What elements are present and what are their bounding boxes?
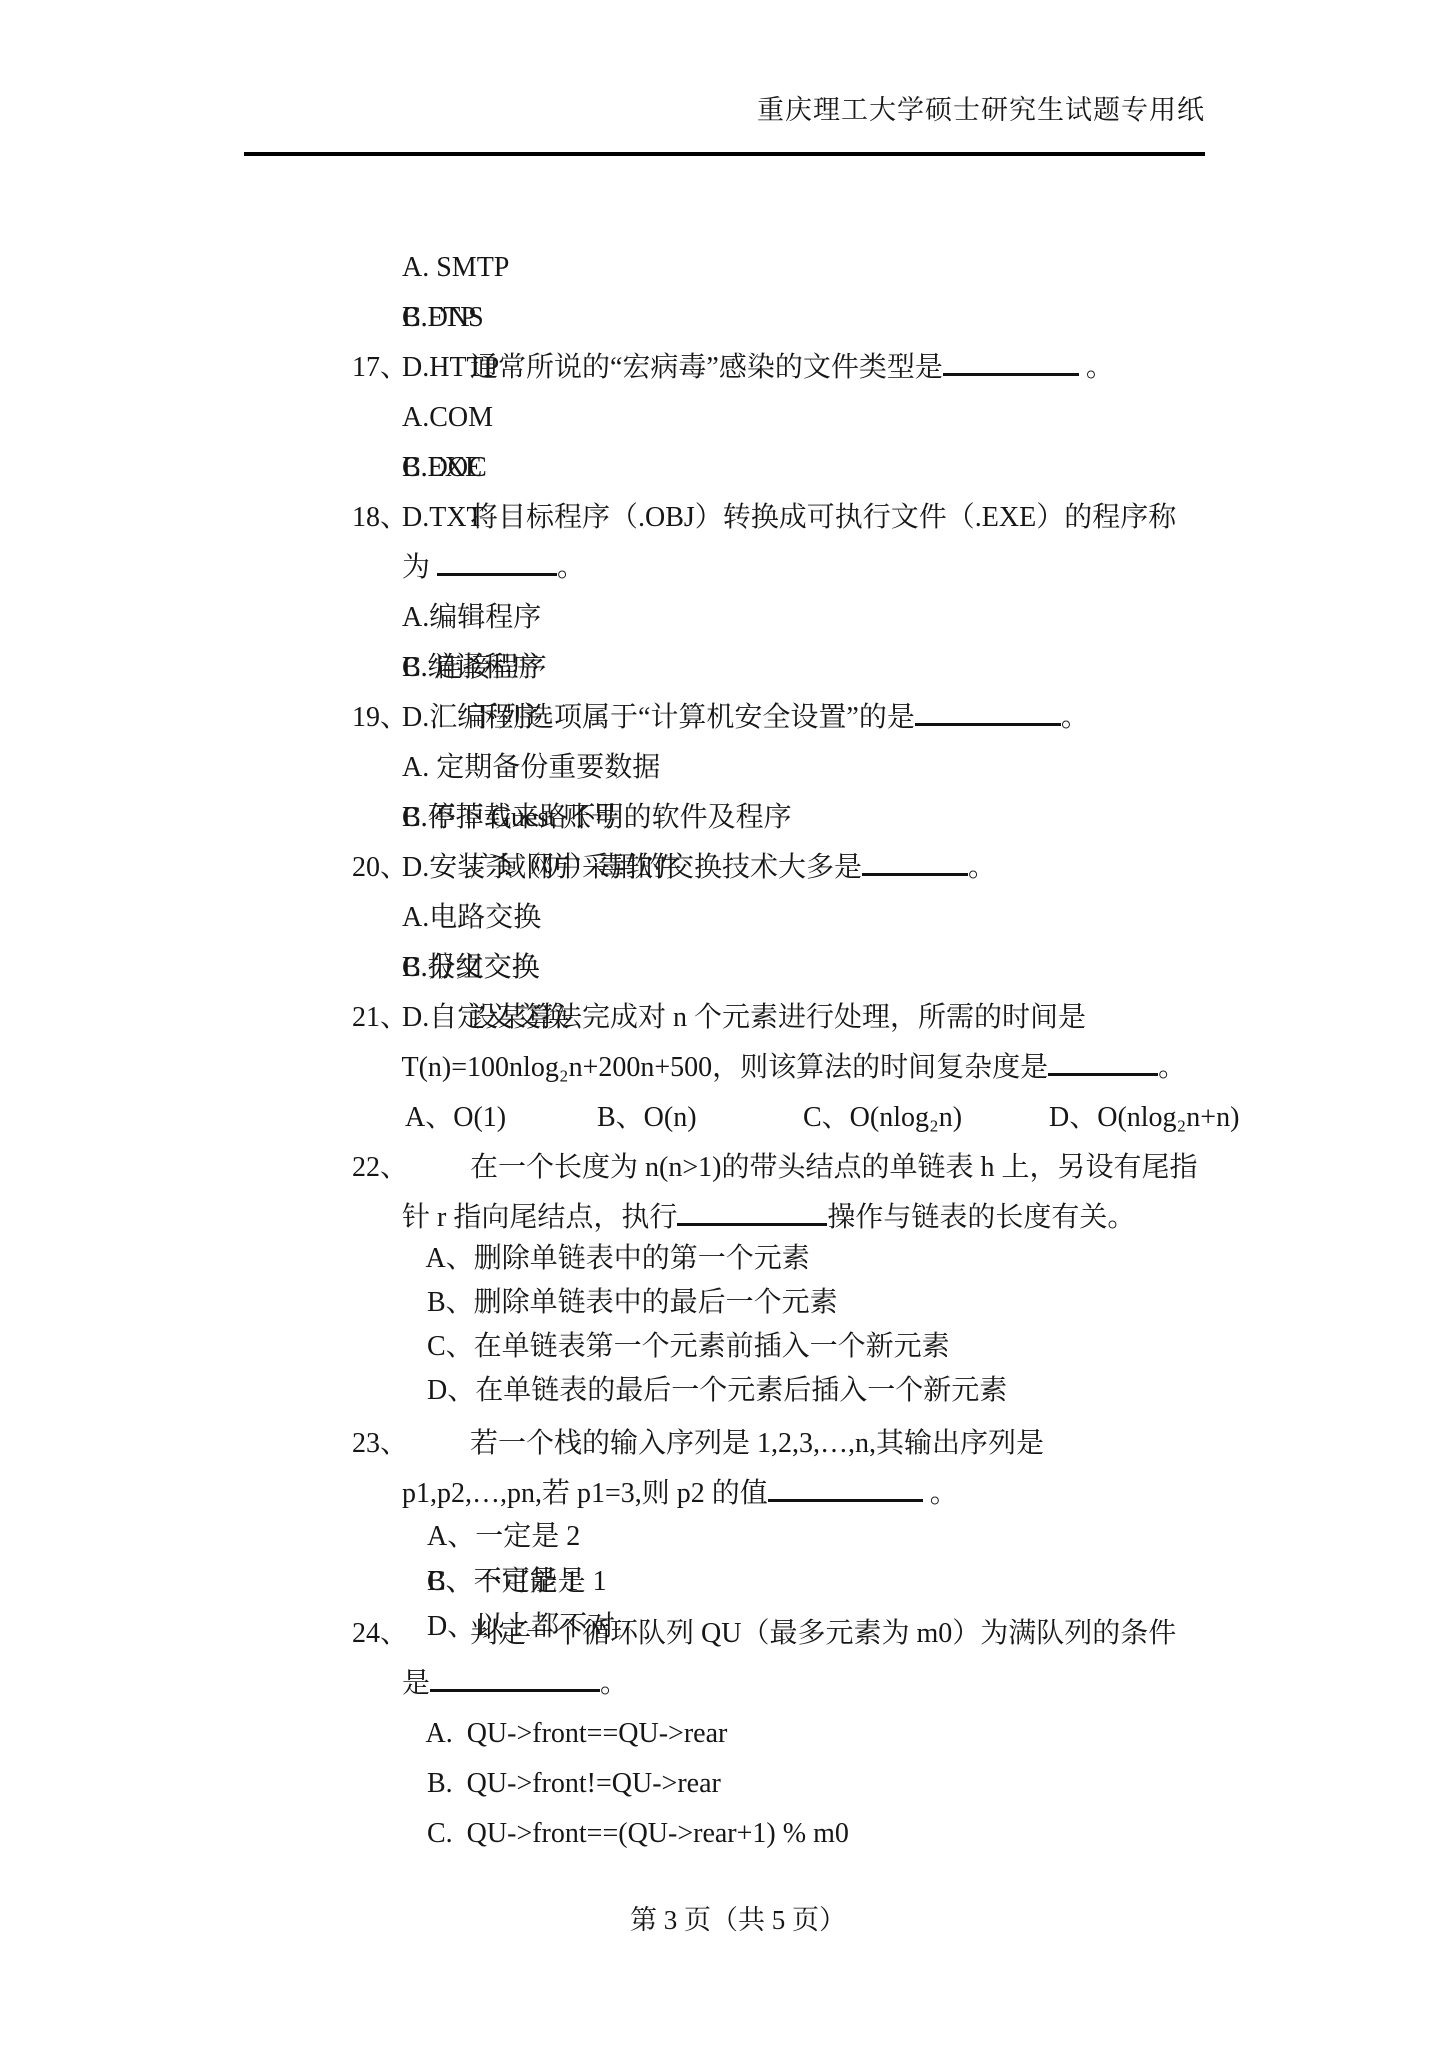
question-18-options-row-1: A.编辑程序 B.编译程序	[0, 543, 1449, 593]
question-20-text: 广域网中采用的交换技术大多是	[470, 852, 862, 883]
question-24-option-c-row: C. QU->front==(QU->rear+1) % m0	[0, 1759, 1449, 1809]
page-number-label: 第 3 页（共 5 页）	[630, 1905, 846, 1935]
question-23-option-c: C、不可能是 1	[427, 1559, 687, 1604]
question-16-options-row-1: A. SMTP B.DNS	[0, 193, 1449, 243]
blank-underline	[768, 1471, 923, 1502]
question-17-period: 。	[1079, 352, 1114, 383]
question-20-period: 。	[968, 852, 996, 883]
question-21-formula: T(n)=100nlog₂n+200n+500，则该算法的时间复杂度是	[402, 1052, 1049, 1083]
question-21-text: 设某算法完成对 n 个元素进行处理，所需的时间是	[470, 1002, 1086, 1033]
question-23-text: 若一个栈的输入序列是 1,2,3,…,n,其输出序列是	[470, 1428, 1044, 1459]
blank-underline	[862, 845, 968, 876]
question-23-option-a: A、一定是 2	[427, 1514, 687, 1559]
question-24-number: 24、	[352, 1609, 470, 1659]
question-16-option-a: A. SMTP	[402, 243, 717, 293]
question-17-number: 17、	[352, 343, 470, 393]
question-23-text-2: p1,p2,…,pn,若 p1=3,则 p2 的值	[402, 1478, 768, 1509]
question-18-text: 将目标程序（.OBJ）转换成可执行文件（.EXE）的程序称	[470, 502, 1176, 533]
question-17-text: 通常所说的“宏病毒”感染的文件类型是	[470, 352, 943, 383]
question-24-text-2: 是	[402, 1668, 430, 1699]
question-18-option-c: C. 连接程序	[402, 643, 717, 693]
question-21-period: 。	[1158, 1052, 1186, 1083]
exam-content: A. SMTP B.DNS C.FTP D.HTTP 17、通常所说的“宏病毒”…	[0, 193, 1449, 1809]
question-24-text: 判定一个循环队列 QU（最多元素为 m0）为满队列的条件	[470, 1618, 1176, 1649]
question-16-option-c: C.FTP	[402, 293, 717, 343]
question-22-option-c: C、在单链表第一个元素前插入一个新元素	[427, 1331, 950, 1362]
question-22-option-b: B、删除单链表中的最后一个元素	[427, 1287, 838, 1318]
question-17-stem: 17、通常所说的“宏病毒”感染的文件类型是 。	[0, 293, 1449, 343]
question-24-option-b: B. QU->front!=QU->rear	[427, 1768, 721, 1799]
question-18-options-row-2: C. 连接程序 D.汇编程序	[0, 593, 1449, 643]
question-20-options-row-2: C.分组交换 D.自定义交换	[0, 893, 1449, 943]
question-21-stem: 21、设某算法完成对 n 个元素进行处理，所需的时间是	[0, 943, 1449, 993]
question-19-text: 下列选项属于“计算机安全设置”的是	[470, 702, 915, 733]
question-21-option-b: B、O(n)	[597, 1093, 803, 1143]
question-22-number: 22、	[352, 1143, 470, 1193]
header-divider	[244, 152, 1205, 156]
question-20-number: 20、	[352, 843, 470, 893]
blank-underline	[677, 1195, 827, 1226]
question-19-option-c: C.停掉 Guest 账号	[402, 793, 717, 843]
question-21-option-c: C、O(nlog₂n)	[803, 1093, 1049, 1143]
question-22-text: 在一个长度为 n(n>1)的带头结点的单链表 h 上，另设有尾指	[470, 1152, 1197, 1183]
blank-underline	[430, 1661, 600, 1692]
blank-underline	[943, 345, 1079, 376]
question-21-option-d: D、O(nlog₂n+n)	[1049, 1102, 1239, 1133]
question-24-option-a-row: A. QU->front==QU->rear	[0, 1659, 1449, 1709]
question-21-option-a: A、O(1)	[405, 1093, 597, 1143]
question-20-option-c: C.分组交换	[402, 943, 717, 993]
question-23-options-row-2: C、不可能是 1 D、以上都不对	[0, 1514, 1449, 1559]
question-16-options-row-2: C.FTP D.HTTP	[0, 243, 1449, 293]
question-17-option-a: A.COM	[402, 393, 717, 443]
question-18-number: 18、	[352, 493, 470, 543]
question-18-stem: 18、将目标程序（.OBJ）转换成可执行文件（.EXE）的程序称	[0, 443, 1449, 493]
question-18-option-a: A.编辑程序	[402, 593, 717, 643]
question-22-option-d: D、在单链表的最后一个元素后插入一个新元素	[427, 1375, 1007, 1406]
question-19-option-a: A. 定期备份重要数据	[402, 743, 717, 793]
question-19-number: 19、	[352, 693, 470, 743]
page-header-title: 重庆理工大学硕士研究生试题专用纸	[0, 88, 1205, 127]
blank-underline	[915, 695, 1061, 726]
page-footer: 第 3 页（共 5 页）	[0, 1845, 1449, 1895]
blank-underline	[1048, 1045, 1158, 1076]
question-18-text-2: 为	[402, 552, 437, 583]
exam-paper-page: 重庆理工大学硕士研究生试题专用纸 A. SMTP B.DNS C.FTP D.H…	[0, 0, 1449, 2046]
blank-underline	[437, 545, 557, 576]
question-24-option-a: A. QU->front==QU->rear	[425, 1718, 727, 1749]
question-20-option-a: A.电路交换	[402, 893, 717, 943]
question-19-stem: 19、下列选项属于“计算机安全设置”的是。	[0, 643, 1449, 693]
question-23-number: 23、	[352, 1419, 470, 1469]
question-19-period: 。	[1061, 702, 1089, 733]
question-24-stem: 24、判定一个循环队列 QU（最多元素为 m0）为满队列的条件	[0, 1559, 1449, 1609]
question-21-number: 21、	[352, 993, 470, 1043]
question-19-options-row-2: C.停掉 Guest 账号 D.安装杀（防）毒软件	[0, 743, 1449, 793]
question-24-period: 。	[600, 1668, 628, 1699]
question-22-text-3: 操作与链表的长度有关。	[827, 1202, 1135, 1233]
question-17-options-row-2: C.EXE D.TXT	[0, 393, 1449, 443]
question-17-option-c: C.EXE	[402, 443, 717, 493]
question-18-period: 。	[557, 552, 585, 583]
question-23-period: 。	[923, 1478, 958, 1509]
question-22-option-a: A、删除单链表中的第一个元素	[425, 1243, 809, 1274]
question-22-text-2: 针 r 指向尾结点，执行	[402, 1202, 677, 1233]
